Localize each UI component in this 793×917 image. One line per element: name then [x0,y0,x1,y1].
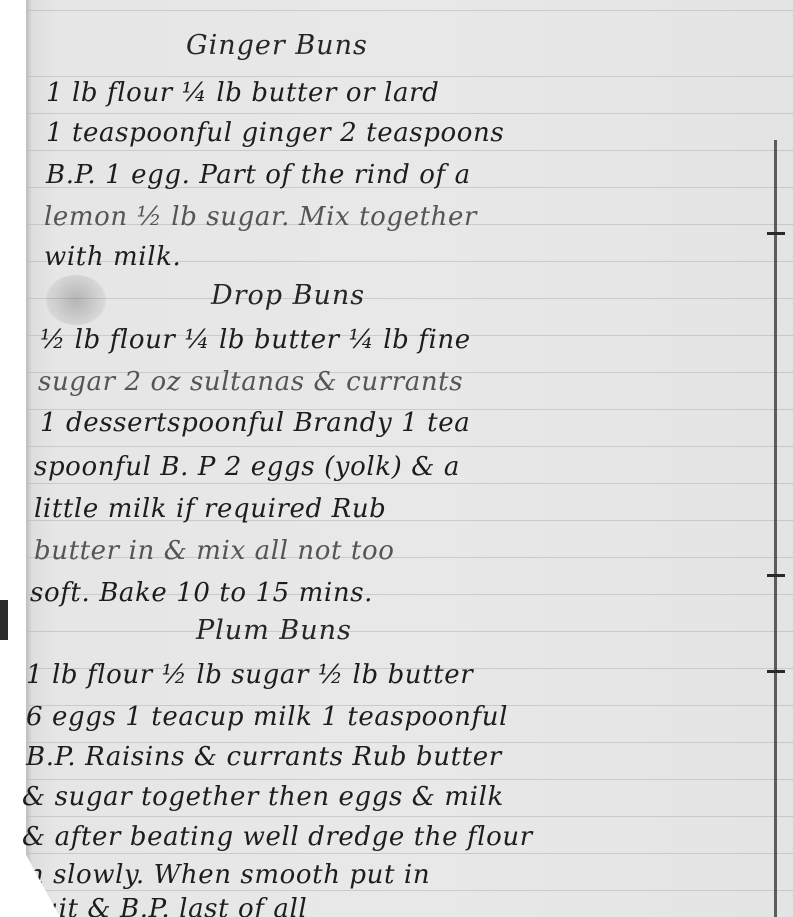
recipe-line: 1 lb flour ½ lb sugar ½ lb butter [26,660,473,690]
recipe-title-drop-buns: Drop Buns [211,280,365,311]
recipe-line: lemon ½ lb sugar. Mix together [44,202,477,232]
margin-tick [767,232,785,235]
recipe-line: & after beating well dredge the flour [22,822,533,852]
binding-mark [0,600,8,640]
page-cut-corner [0,807,60,917]
margin-tick [767,574,785,577]
recipe-line: sugar 2 oz sultanas & currants [38,367,463,397]
recipe-line: 6 eggs 1 teacup milk 1 teaspoonful [26,702,508,732]
recipe-line: butter in & mix all not too [34,536,394,566]
recipe-line: ½ lb flour ¼ lb butter ¼ lb fine [40,325,471,355]
recipe-line: B.P. 1 egg. Part of the rind of a [46,160,471,190]
recipe-line: in slowly. When smooth put in [18,860,430,890]
recipe-line: little milk if required Rub [34,494,386,524]
ink-stain [46,275,106,325]
recipe-title-ginger-buns: Ginger Buns [186,30,368,61]
right-margin-line [774,140,777,917]
recipe-line: 1 dessertspoonful Brandy 1 tea [40,408,470,438]
recipe-line: & sugar together then eggs & milk [22,782,504,812]
recipe-line: spoonful B. P 2 eggs (yolk) & a [34,452,460,482]
recipe-line: with milk. [44,242,181,272]
margin-tick [767,670,785,673]
recipe-line: 1 teaspoonful ginger 2 teaspoons [46,118,504,148]
recipe-line: 1 lb flour ¼ lb butter or lard [46,78,439,108]
recipe-line: soft. Bake 10 to 15 mins. [30,578,373,608]
recipe-line: fruit & B.P. last of all [18,894,307,917]
recipe-line: B.P. Raisins & currants Rub butter [26,742,502,772]
page-left-edge [26,0,32,917]
recipe-title-plum-buns: Plum Buns [196,615,352,646]
